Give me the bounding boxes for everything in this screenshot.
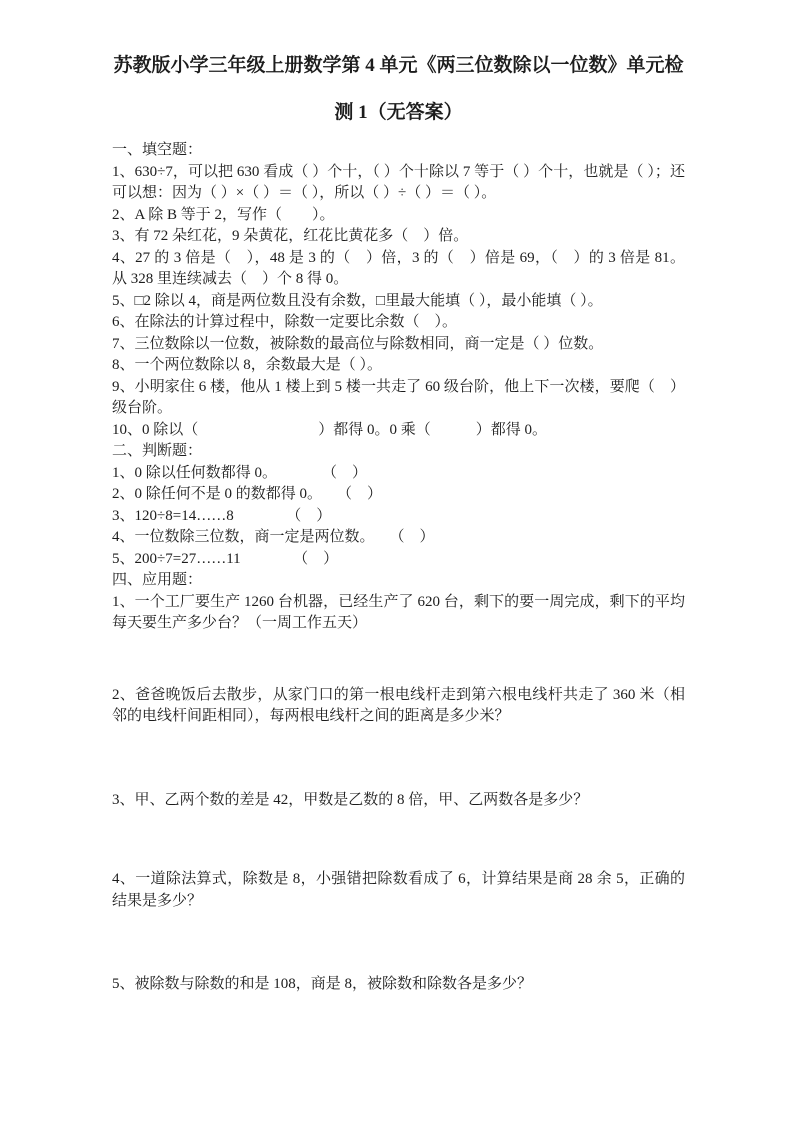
fill-blank-item: 8、一个两位数除以 8，余数最大是（ ）。	[112, 355, 685, 377]
word-problem-item: 3、甲、乙两个数的差是 42，甲数是乙数的 8 倍，甲、乙两数各是多少？	[112, 790, 685, 812]
fill-blank-item: 9、小明家住 6 楼，他从 1 楼上到 5 楼一共走了 60 级台阶，他上下一次…	[112, 377, 685, 420]
fill-blank-item: 1、630÷7，可以把 630 看成（ ）个十，（ ）个十除以 7 等于（ ）个…	[112, 162, 685, 205]
title-line-1: 苏教版小学三年级上册数学第 4 单元《两三位数除以一位数》单元检	[112, 42, 685, 89]
title-line-2: 测 1（无答案）	[112, 89, 685, 136]
document-page: 苏教版小学三年级上册数学第 4 单元《两三位数除以一位数》单元检 测 1（无答案…	[0, 0, 793, 1122]
document-title: 苏教版小学三年级上册数学第 4 单元《两三位数除以一位数》单元检 测 1（无答案…	[112, 42, 685, 136]
true-false-item: 2、0 除任何不是 0 的数都得 0。 （ ）	[112, 484, 685, 506]
fill-blank-item: 7、三位数除以一位数，被除数的最高位与除数相同，商一定是（ ）位数。	[112, 334, 685, 356]
true-false-item: 3、120÷8=14……8 （ ）	[112, 506, 685, 528]
word-problem-item: 1、一个工厂要生产 1260 台机器，已经生产了 620 台，剩下的要一周完成，…	[112, 592, 685, 635]
document-body: 一、填空题： 1、630÷7，可以把 630 看成（ ）个十，（ ）个十除以 7…	[112, 140, 685, 996]
fill-blank-item: 5、□2 除以 4，商是两位数且没有余数，□里最大能填（ ），最小能填（ ）。	[112, 291, 685, 313]
fill-blank-item: 3、有 72 朵红花，9 朵黄花，红花比黄花多（ ）倍。	[112, 226, 685, 248]
section-heading-true-false: 二、判断题：	[112, 441, 685, 463]
word-problem-item: 2、爸爸晚饭后去散步，从家门口的第一根电线杆走到第六根电线杆共走了 360 米（…	[112, 685, 685, 728]
section-heading-fill-in-blanks: 一、填空题：	[112, 140, 685, 162]
word-problem-item: 4、一道除法算式，除数是 8，小强错把除数看成了 6，计算结果是商 28 余 5…	[112, 869, 685, 912]
section-heading-word-problems: 四、应用题：	[112, 570, 685, 592]
true-false-item: 5、200÷7=27……11 （ ）	[112, 549, 685, 571]
fill-blank-item: 4、27 的 3 倍是（ ），48 是 3 的（ ）倍，3 的（ ）倍是 69，…	[112, 248, 685, 291]
true-false-item: 4、一位数除三位数，商一定是两位数。 （ ）	[112, 527, 685, 549]
word-problem-item: 5、被除数与除数的和是 108，商是 8，被除数和除数各是多少？	[112, 974, 685, 996]
fill-blank-item: 2、A 除 B 等于 2，写作（ ）。	[112, 205, 685, 227]
true-false-item: 1、0 除以任何数都得 0。 （ ）	[112, 463, 685, 485]
fill-blank-item: 10、0 除以（ ）都得 0。0 乘（ ）都得 0。	[112, 420, 685, 442]
fill-blank-item: 6、在除法的计算过程中，除数一定要比余数（ ）。	[112, 312, 685, 334]
